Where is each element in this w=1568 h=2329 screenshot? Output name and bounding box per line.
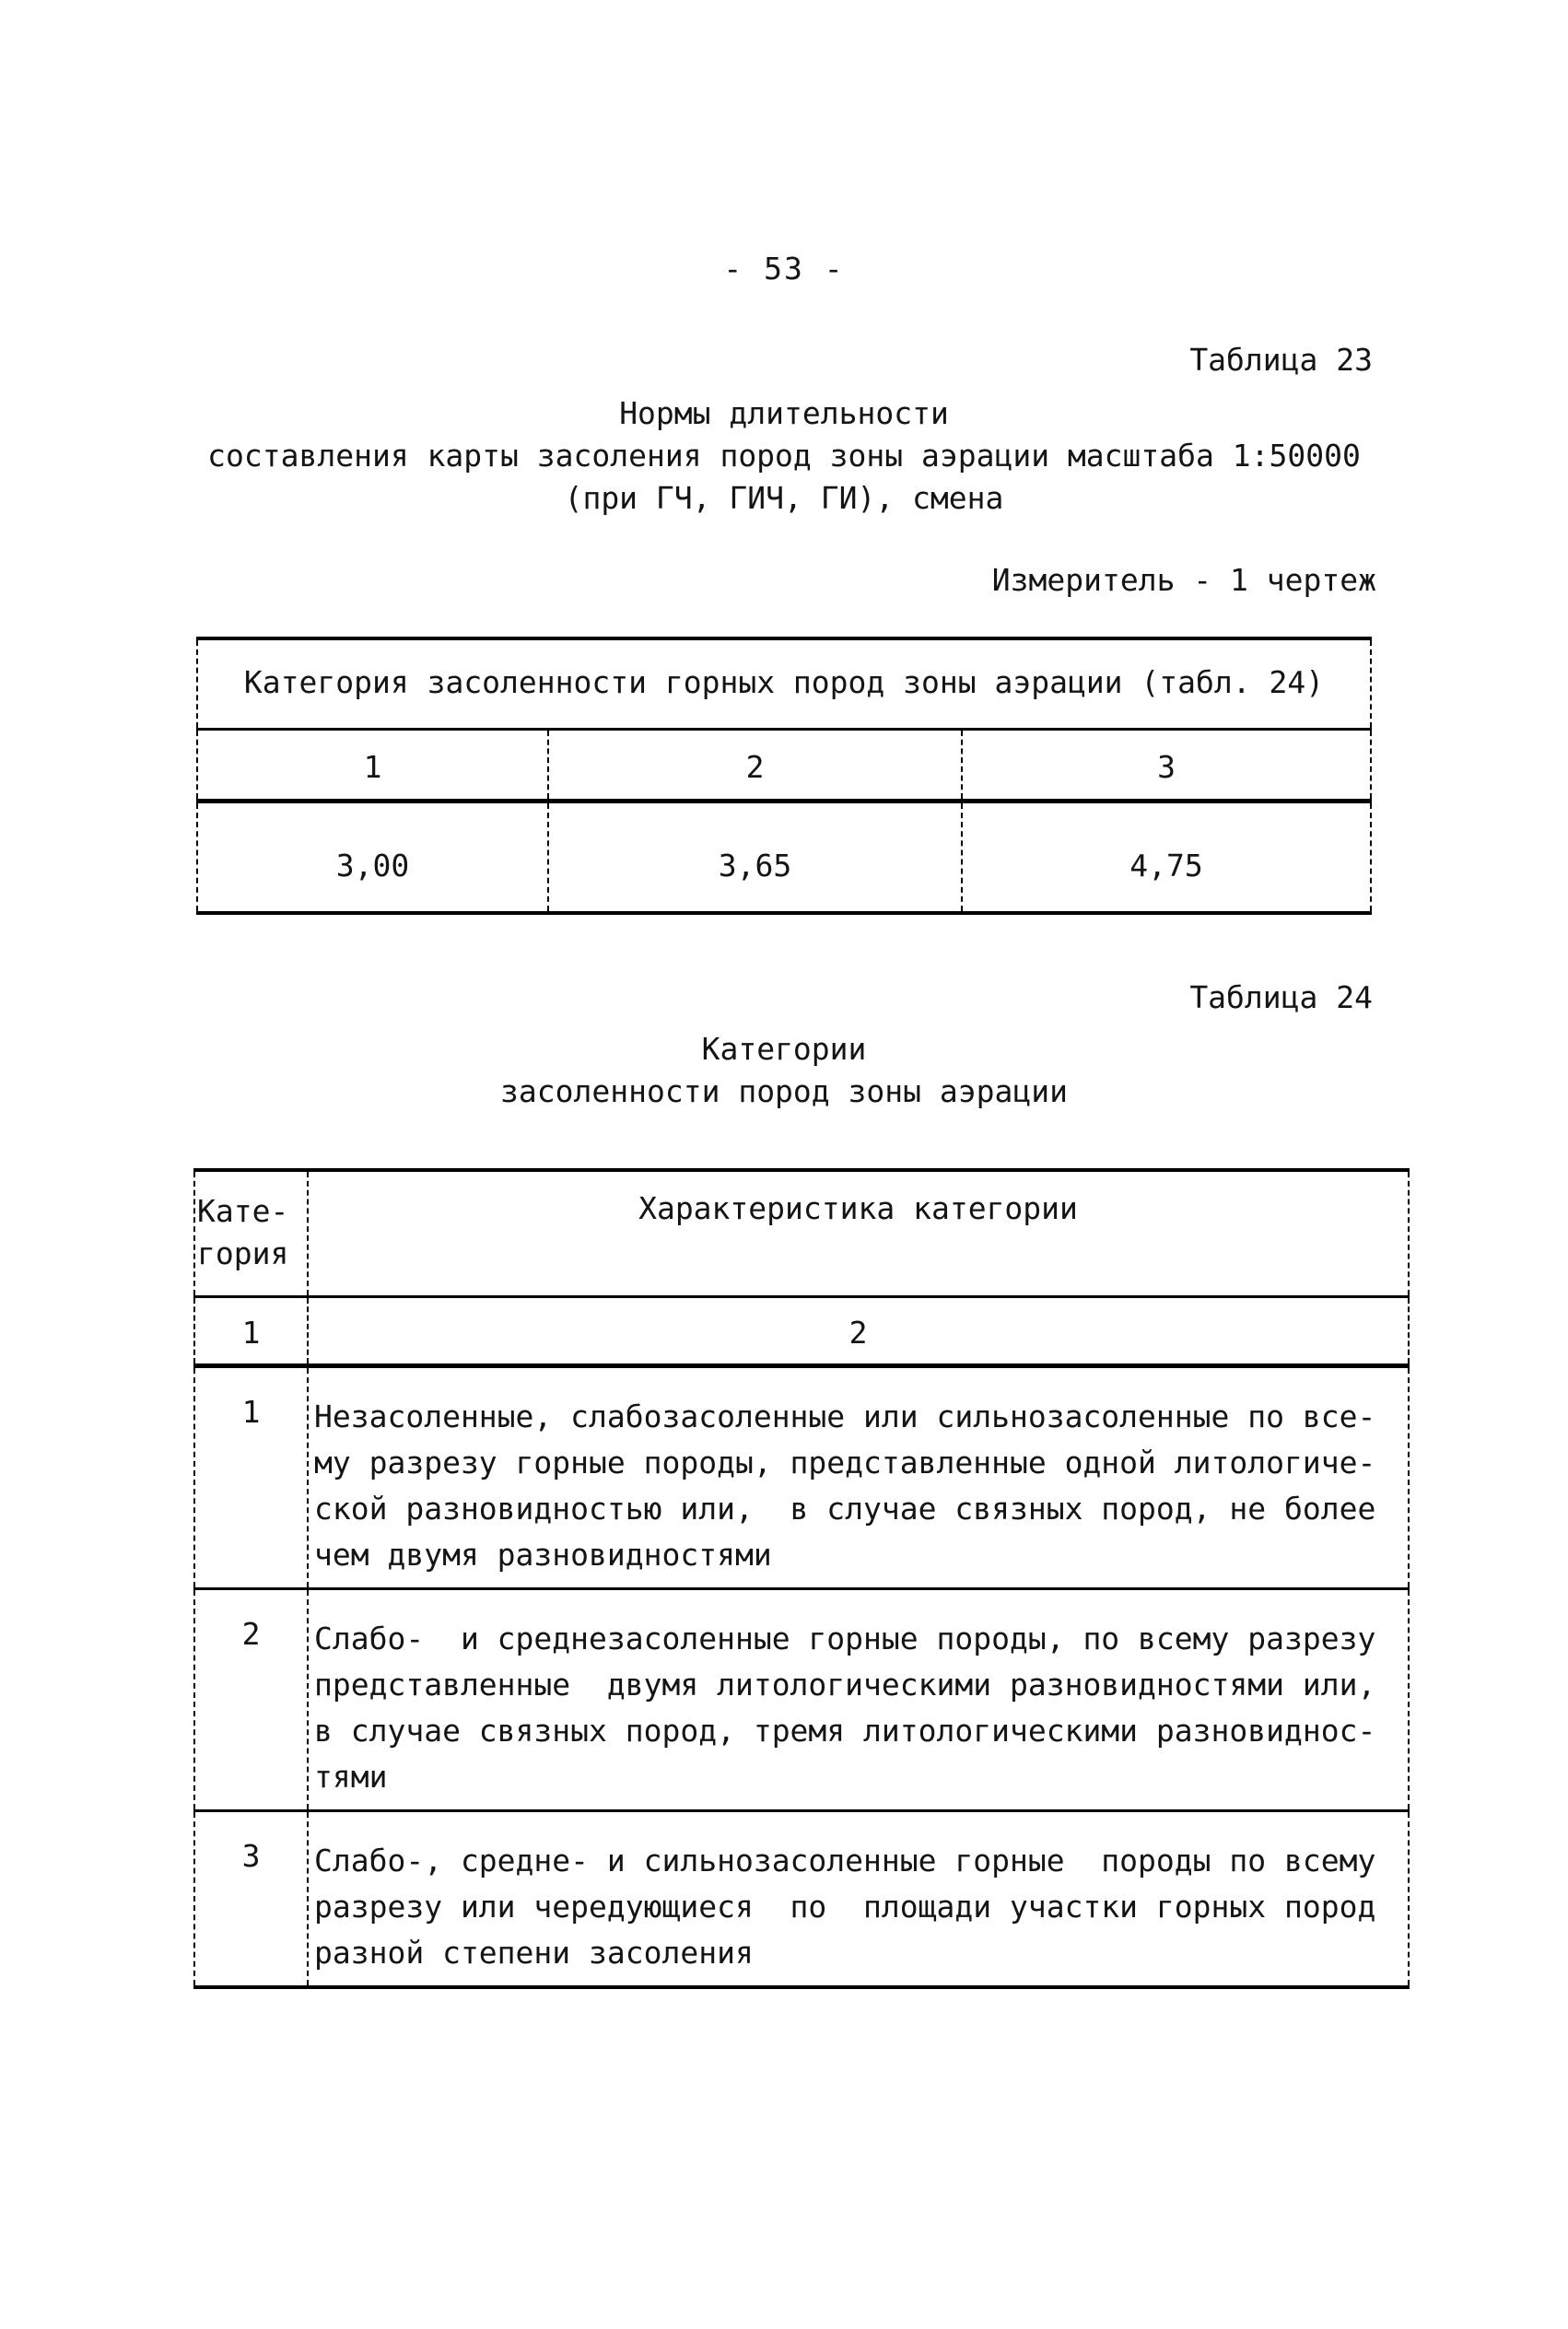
table23-column-number-row: 1 2 3: [197, 730, 1371, 802]
table24-category-header-cell: Кате- гория: [194, 1170, 308, 1297]
table24-header-row: Кате- гория Характеристика категории: [194, 1170, 1409, 1297]
table23-section: Таблица 23 Нормы длительности составлени…: [0, 342, 1568, 915]
table24-col-number: 2: [308, 1297, 1409, 1366]
table-row: 2 Слабо- и среднезасоленные горные пород…: [194, 1589, 1409, 1811]
table24-column-number-row: 1 2: [194, 1297, 1409, 1366]
table23-header-cell: Категория засоленности горных пород зоны…: [197, 638, 1371, 730]
table24-caption: Таблица 24: [0, 979, 1373, 1015]
table24-title-line1: Категории: [0, 1028, 1568, 1071]
category-description-cell: Незасоленные, слабозасоленные или сильно…: [308, 1366, 1409, 1589]
category-number-cell: 1: [194, 1366, 308, 1589]
table23-col-number: 1: [197, 730, 548, 802]
document-page: - 53 - Таблица 23 Нормы длительности сос…: [0, 0, 1568, 2329]
category-number-cell: 3: [194, 1811, 308, 1988]
table23-values-row: 3,00 3,65 4,75: [197, 802, 1371, 914]
table23-value-cell: 3,65: [548, 802, 962, 914]
table23-header-row: Категория засоленности горных пород зоны…: [197, 638, 1371, 730]
table23-title-line1: Нормы длительности: [0, 392, 1568, 435]
table23-col-number: 3: [962, 730, 1371, 802]
table23-title-line3: (при ГЧ, ГИЧ, ГИ), смена: [0, 477, 1568, 520]
table23: Категория засоленности горных пород зоны…: [196, 637, 1372, 915]
category-description-cell: Слабо- и среднезасоленные горные породы,…: [308, 1589, 1409, 1811]
table23-measure-note: Измеритель - 1 чертеж: [0, 562, 1376, 598]
category-number-cell: 2: [194, 1589, 308, 1811]
table24-title: Категории засоленности пород зоны аэраци…: [0, 1028, 1568, 1113]
table24-col-number: 1: [194, 1297, 308, 1366]
table-row: 1 Незасоленные, слабозасоленные или силь…: [194, 1366, 1409, 1589]
table24-characteristic-header-cell: Характеристика категории: [308, 1170, 1409, 1297]
table23-value-cell: 4,75: [962, 802, 1371, 914]
table23-title-line2: составления карты засоления пород зоны а…: [0, 435, 1568, 477]
category-description-cell: Слабо-, средне- и сильнозасоленные горны…: [308, 1811, 1409, 1988]
table24-section: Таблица 24 Категории засоленности пород …: [0, 979, 1568, 1989]
table23-value-cell: 3,00: [197, 802, 548, 914]
table23-title: Нормы длительности составления карты зас…: [0, 392, 1568, 520]
table24: Кате- гория Характеристика категории 1 2…: [193, 1168, 1410, 1989]
page-number: - 53 -: [0, 251, 1568, 287]
table-row: 3 Слабо-, средне- и сильнозасоленные гор…: [194, 1811, 1409, 1988]
table23-caption: Таблица 23: [0, 342, 1373, 378]
table24-title-line2: засоленности пород зоны аэрации: [0, 1071, 1568, 1113]
table23-col-number: 2: [548, 730, 962, 802]
